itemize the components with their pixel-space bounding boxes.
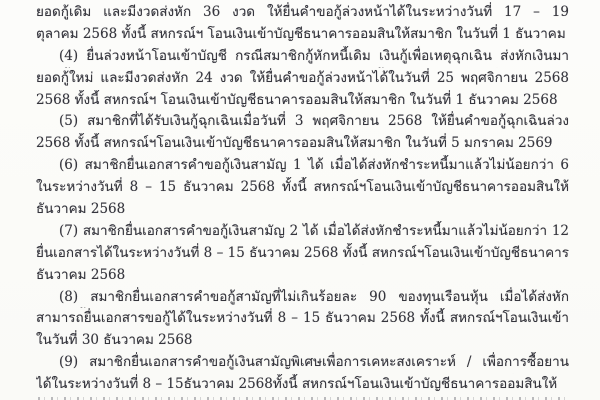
document-text-line: ได้ในระหว่างวันที่ 8 – 15ธันวาคม 2568ทั้…	[36, 374, 569, 396]
document-text-line: (7) สมาชิกยื่นเอกสารคำขอกู้เงินสามัญ 2 ไ…	[36, 221, 569, 243]
scanned-document-page: ยอดกู้เดิม และมีงวดส่งหัก 36 งวด ให้ยื่น…	[0, 0, 600, 400]
document-text-line: 2568 ทั้งนี้ สหกรณ์ฯ โอนเงินเข้าบัญชีธนา…	[36, 90, 569, 112]
document-text-line: (6) สมาชิกยื่นเอกสารคำขอกู้เงินสามัญ 1 ไ…	[36, 155, 569, 177]
document-text-line: (5) สมาชิกที่ได้รับเงินกู้ฉุกเฉินเมื่อวั…	[36, 111, 569, 133]
document-text-line: (9) สมาชิกยื่นเอกสารคำขอกู้เงินสามัญพิเศ…	[36, 352, 569, 374]
document-text-line: (4) ยื่นล่วงหน้าโอนเข้าบัญชี กรณีสมาชิกก…	[36, 46, 569, 68]
document-text-line: ยอดกู้เดิม และมีงวดส่งหัก 36 งวด ให้ยื่น…	[36, 2, 569, 24]
document-text-line: (8) สมาชิกยื่นเอกสารคำขอกู้สามัญที่ไม่เก…	[36, 287, 569, 309]
document-text-line: ธันวาคม 2568	[36, 265, 569, 287]
document-text-line: ยอดกู้ใหม่ และมีงวดส่งหัก 24 งวด ให้ยื่น…	[36, 68, 569, 90]
document-text-line: ตุลาคม 2568 ทั้งนี้ สหกรณ์ฯ โอนเงินเข้าบ…	[36, 24, 569, 46]
document-text-line: 2568 ทั้งนี้ สหกรณ์ฯโอนเงินเข้าบัญชีธนาค…	[36, 133, 569, 155]
document-text-line: ยื่นเอกสารได้ในระหว่างวันที่ 8 – 15 ธันว…	[36, 243, 569, 265]
document-text-line: สามารถยื่นเอกสารขอกู้ได้ในระหว่างวันที่ …	[36, 308, 569, 330]
document-body: ยอดกู้เดิม และมีงวดส่งหัก 36 งวด ให้ยื่น…	[36, 2, 569, 396]
document-text-line: ในวันที่ 30 ธันวาคม 2568	[36, 330, 569, 352]
document-text-line: ในระหว่างวันที่ 8 – 15 ธันวาคม 2568 ทั้ง…	[36, 177, 569, 199]
document-text-line: ธันวาคม 2568	[36, 199, 569, 221]
